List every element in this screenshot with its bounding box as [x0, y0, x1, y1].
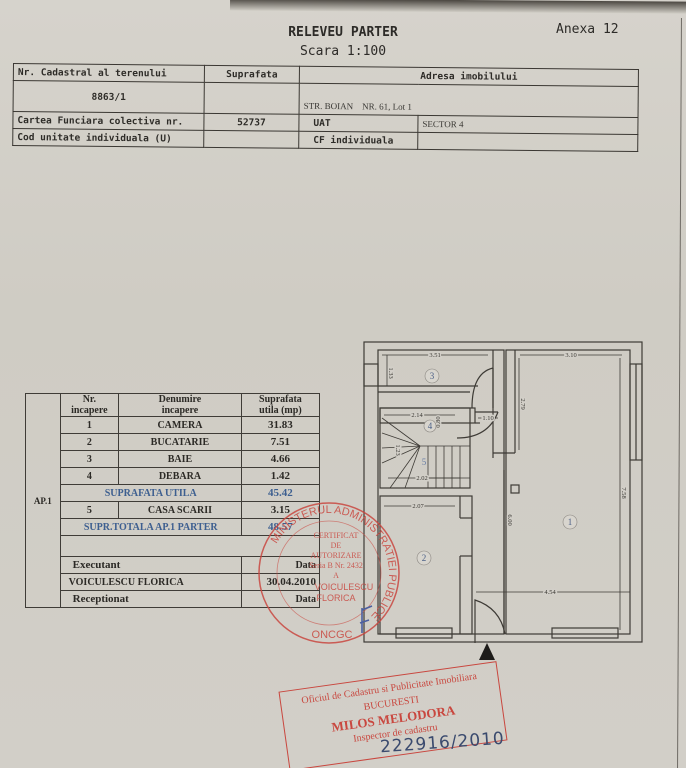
- authorization-stamp: MINISTERUL ADMINISTRATIEI PUBLICE CERTIF…: [254, 498, 404, 648]
- header-nr: Nr.incapere: [60, 394, 118, 417]
- label-cadastral-nr: Nr. Cadastral al terenului: [13, 64, 204, 83]
- value-cf-individual: [418, 132, 638, 151]
- dim-room3-depth: 1.33: [387, 367, 394, 378]
- label-unit-code: Cod unitate individuala (U): [13, 129, 204, 148]
- room-area: 7.51: [241, 434, 319, 451]
- value-unit-code: [204, 130, 299, 148]
- room-nr: 2: [60, 434, 118, 451]
- table-row: 3 BAIE 4.66: [26, 451, 320, 468]
- header-name: Denumireincapere: [119, 394, 242, 417]
- room-name: DEBARA: [119, 468, 242, 485]
- room-area: 1.42: [241, 468, 319, 485]
- annex-label: Anexa 12: [556, 22, 619, 37]
- apartment-group-label: AP.1: [26, 394, 61, 608]
- stamp-line: AUTORIZARE: [311, 551, 362, 560]
- table-row: 2 BUCATARIE 7.51: [26, 434, 320, 451]
- room-label-3: 3: [430, 371, 435, 381]
- dim-room1-bottom: 4.54: [544, 589, 556, 596]
- room-label-4: 4: [428, 421, 433, 431]
- dim-room3-width: 3.51: [429, 352, 440, 359]
- dim-stair-width: 2.02: [416, 475, 427, 482]
- dim-room1-partition: 2.79: [519, 398, 526, 409]
- north-arrow-icon: [479, 643, 495, 660]
- stamp-line: CERTIFICAT: [314, 531, 359, 540]
- room-area: 4.66: [241, 451, 319, 468]
- dim-kitchen-width: 2.07: [412, 503, 424, 510]
- dim-room1-depth: 7.58: [620, 487, 627, 498]
- room-name: BAIE: [119, 451, 242, 468]
- value-cadastral-nr: 8863/1: [13, 81, 204, 114]
- property-info-table: Nr. Cadastral al terenului Suprafata Adr…: [12, 63, 639, 152]
- stamp-line: FLORICA: [316, 593, 355, 603]
- room-name: CASA SCARII: [119, 502, 242, 519]
- stamp-line: DE: [331, 541, 342, 550]
- room-name: CAMERA: [119, 417, 242, 434]
- useful-total-label: SUPRAFATA UTILA: [60, 485, 241, 502]
- stamp-line: A: [333, 571, 339, 580]
- page-shadow-edge: [230, 0, 686, 14]
- stamp-bottom-text: ONCGC: [312, 629, 353, 641]
- dim-room1-width: 3.10: [565, 352, 576, 359]
- label-surface: Suprafata: [204, 65, 299, 83]
- stamp-line: Seria B Nr. 2432: [309, 561, 363, 570]
- header-area: Suprafatautila (mp): [241, 394, 319, 417]
- room-label-5: 5: [422, 457, 427, 467]
- value-uat: SECTOR 4: [418, 115, 638, 134]
- room-label-1: 1: [568, 517, 573, 527]
- label-carte-funciara: Cartea Funciara colectiva nr.: [13, 112, 204, 131]
- executant-name: VOICULESCU FLORICA: [60, 574, 241, 591]
- room-name: BUCATARIE: [119, 434, 242, 451]
- label-uat: UAT: [299, 114, 418, 132]
- table-row: 1 CAMERA 31.83: [26, 417, 320, 434]
- document-page: RELEVEU PARTER Scara 1:100 Anexa 12 Nr. …: [0, 0, 686, 768]
- value-surface: [204, 82, 299, 114]
- room-nr: 4: [60, 468, 118, 485]
- label-cf-individual: CF individuala: [299, 131, 418, 149]
- room-area: 31.83: [241, 417, 319, 434]
- value-address: STR. BOIAN NR. 61, Lot 1: [299, 83, 638, 117]
- address-street: STR. BOIAN: [304, 101, 354, 111]
- room-label-2: 2: [422, 553, 427, 563]
- stamp-line: VOICULESCU: [315, 582, 374, 592]
- room-nr: 5: [60, 502, 118, 519]
- dim-hall-width: 1.10: [482, 415, 493, 422]
- table-row: 4 DEBARA 1.42: [26, 468, 320, 485]
- document-scale: Scara 1:100: [0, 44, 686, 59]
- executant-label: Executant: [60, 557, 241, 574]
- dim-stair-depth: 1.23: [394, 444, 401, 455]
- address-number: NR. 61, Lot 1: [362, 101, 412, 111]
- value-carte-funciara: 52737: [204, 113, 299, 131]
- room-nr: 1: [60, 417, 118, 434]
- grand-total-label: SUPR.TOTALA AP.1 PARTER: [60, 519, 241, 536]
- room-nr: 3: [60, 451, 118, 468]
- receptionat-label: Receptionat: [60, 591, 241, 608]
- page-right-edge: [677, 18, 682, 768]
- dim-debara-width: 2.14: [411, 412, 423, 419]
- dim-partition-length: 6.00: [506, 514, 513, 525]
